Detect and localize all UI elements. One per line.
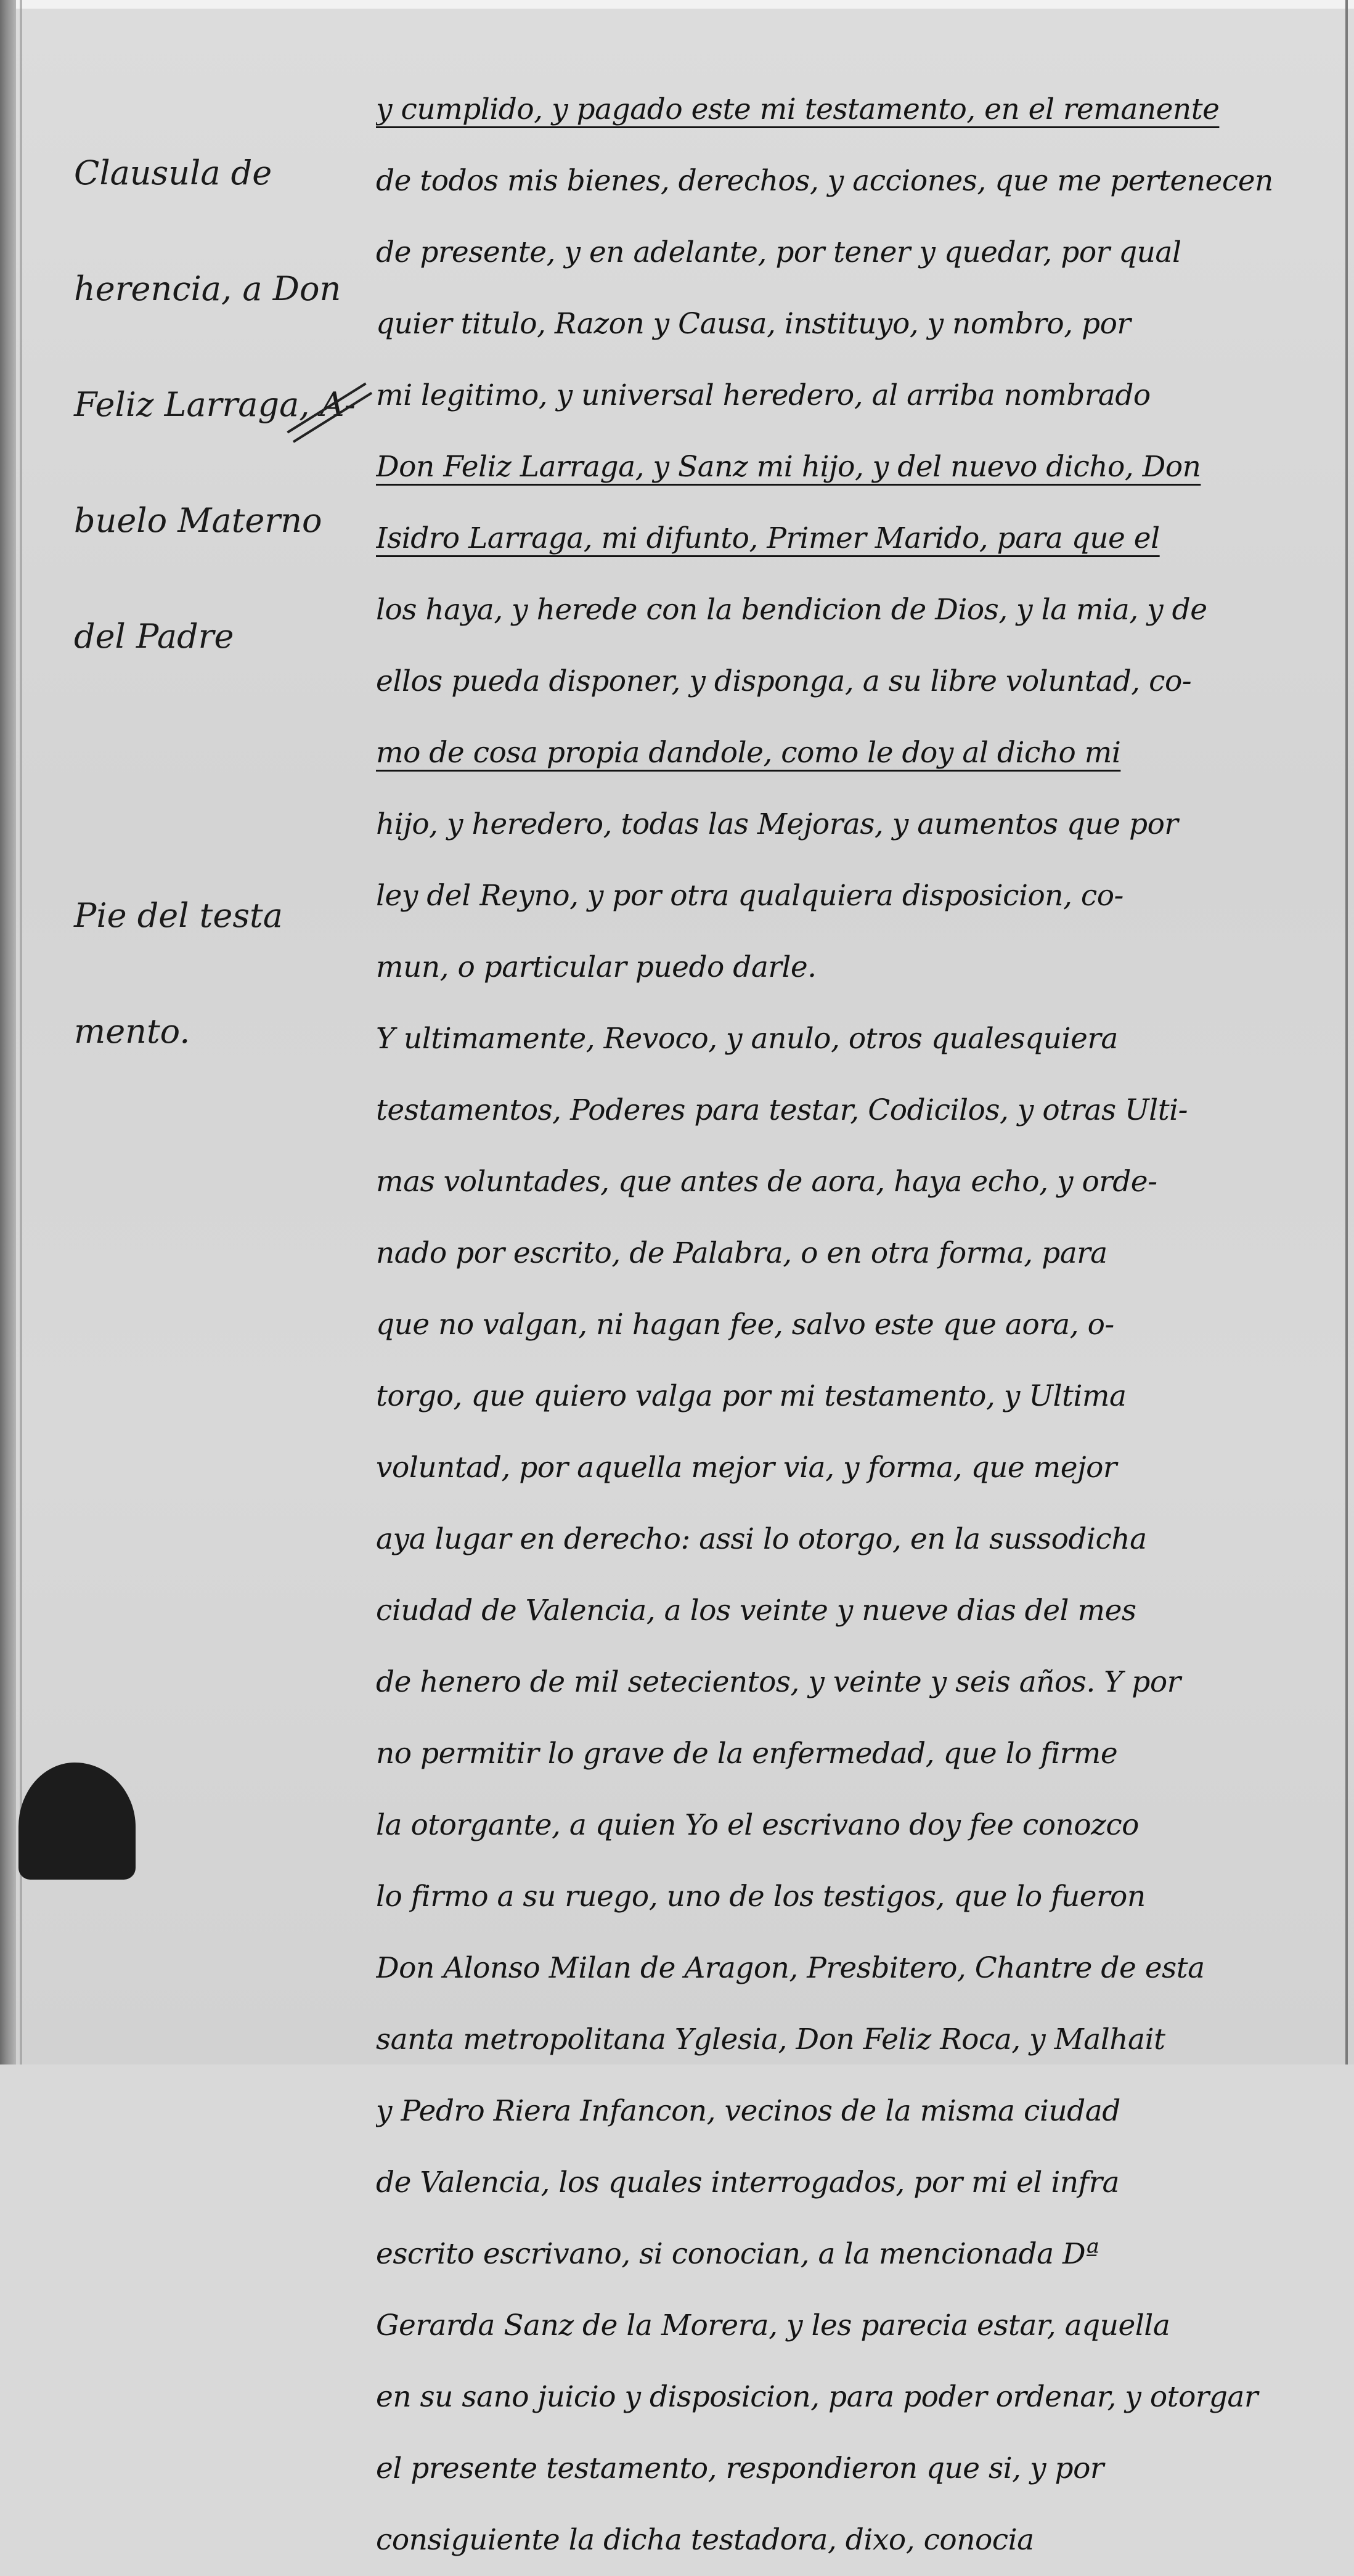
text-line: de todos mis bienes, derechos, y accione…	[376, 145, 1337, 217]
text-line: aya lugar en derecho: assi lo otorgo, en…	[376, 1504, 1337, 1575]
text-line: hijo, y heredero, todas las Mejoras, y a…	[376, 789, 1337, 860]
margin-note-clausula: Clausula de herencia, a Don Feliz Larrag…	[74, 86, 357, 723]
text-line: Isidro Larraga, mi difunto, Primer Marid…	[376, 503, 1337, 574]
text-line: santa metropolitana Yglesia, Don Feliz R…	[376, 2004, 1337, 2064]
page-top-edge	[0, 0, 1354, 9]
manuscript-body: y cumplido, y pagado este mi testamento,…	[376, 74, 1337, 2064]
text-line: la otorgante, a quien Yo el escrivano do…	[376, 1790, 1337, 1861]
text-line: torgo, que quiero valga por mi testament…	[376, 1361, 1337, 1432]
text-line: ley del Reyno, y por otra qualquiera dis…	[376, 860, 1337, 932]
text-line: los haya, y herede con la bendicion de D…	[376, 574, 1337, 646]
text-line: ciudad de Valencia, a los veinte y nueve…	[376, 1575, 1337, 1647]
text-line: mas voluntades, que antes de aora, haya …	[376, 1146, 1337, 1218]
margin-note-line: del Padre	[74, 608, 357, 666]
margin-note-line: Clausula de	[74, 144, 357, 202]
text-line: testamentos, Poderes para testar, Codici…	[376, 1075, 1337, 1146]
text-line: lo firmo a su ruego, uno de los testigos…	[376, 1861, 1337, 1933]
text-line: de henero de mil setecientos, y veinte y…	[376, 1647, 1337, 1718]
text-line: mi legitimo, y universal heredero, al ar…	[376, 360, 1337, 431]
ink-blot	[18, 1763, 136, 1880]
text-line: ellos pueda disponer, y disponga, a su l…	[376, 646, 1337, 717]
text-line: quier titulo, Razon y Causa, instituyo, …	[376, 288, 1337, 360]
text-line: voluntad, por aquella mejor via, y forma…	[376, 1432, 1337, 1504]
right-margin-rule	[1345, 0, 1348, 2064]
margin-note-line: buelo Materno	[74, 492, 357, 550]
text-line: nado por escrito, de Palabra, o en otra …	[376, 1218, 1337, 1289]
left-margin-rule	[20, 0, 22, 2064]
text-line: mo de cosa propia dandole, como le doy a…	[376, 717, 1337, 789]
text-line: no permitir lo grave de la enfermedad, q…	[376, 1718, 1337, 1790]
text-line: y cumplido, y pagado este mi testamento,…	[376, 74, 1337, 145]
margin-note-pie: Pie del testa mento.	[74, 829, 357, 1119]
manuscript-page: Clausula de herencia, a Don Feliz Larrag…	[0, 0, 1354, 2064]
binding-shadow	[0, 0, 16, 2064]
margin-note-line: Pie del testa	[74, 887, 357, 945]
margin-note-line: herencia, a Don	[74, 260, 357, 318]
text-line: de presente, y en adelante, por tener y …	[376, 217, 1337, 288]
margin-note-line: Feliz Larraga, A-	[74, 376, 357, 434]
text-line: Don Feliz Larraga, y Sanz mi hijo, y del…	[376, 431, 1337, 503]
text-line: Don Alonso Milan de Aragon, Presbitero, …	[376, 1933, 1337, 2004]
text-line: Y ultimamente, Revoco, y anulo, otros qu…	[376, 1003, 1337, 1075]
text-line: mun, o particular puedo darle.	[376, 932, 1337, 1003]
text-line: que no valgan, ni hagan fee, salvo este …	[376, 1289, 1337, 1361]
margin-note-line: mento.	[74, 1003, 357, 1061]
